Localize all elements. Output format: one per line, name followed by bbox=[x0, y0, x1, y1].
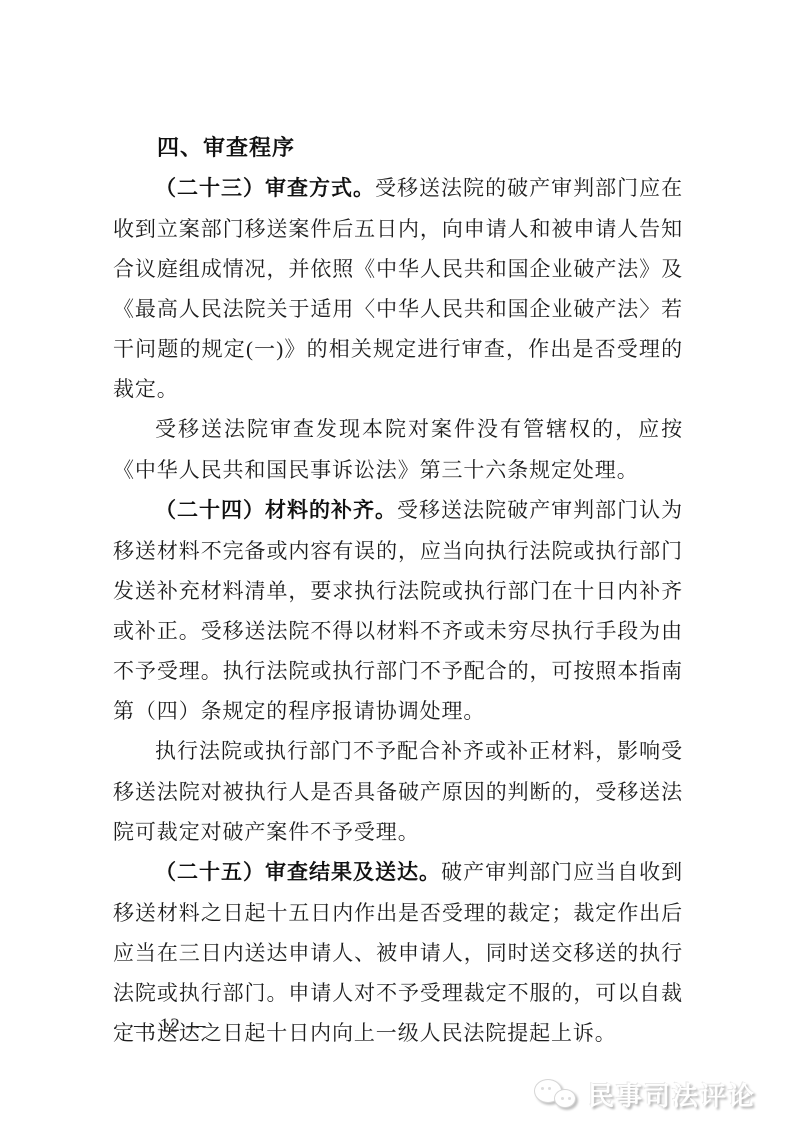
wechat-bubbles-icon bbox=[534, 1077, 578, 1113]
paragraph: 受移送法院审查发现本院对案件没有管辖权的，应按《中华人民共和国民事诉讼法》第三十… bbox=[113, 409, 683, 490]
paragraph-text: 受移送法院破产审判部门认为移送材料不完备或内容有误的，应当向执行法院或执行部门发… bbox=[113, 498, 683, 723]
document-body: 四、审查程序 （二十三）审查方式。受移送法院的破产审判部门应在收到立案部门移送案… bbox=[113, 128, 683, 1053]
speech-bubble-small bbox=[554, 1089, 576, 1108]
paragraph-text: 执行法院或执行部门不予配合补齐或补正材料，影响受移送法院对被执行人是否具备破产原… bbox=[113, 739, 683, 844]
paragraph-text: 受移送法院审查发现本院对案件没有管辖权的，应按《中华人民共和国民事诉讼法》第三十… bbox=[113, 417, 683, 482]
document-page: 四、审查程序 （二十三）审查方式。受移送法院的破产审判部门应在收到立案部门移送案… bbox=[0, 0, 794, 1123]
watermark-label: 民事司法评论 bbox=[588, 1076, 756, 1113]
paragraph-lead: （二十三）审查方式。 bbox=[155, 177, 375, 200]
paragraph-text: 受移送法院的破产审判部门应在收到立案部门移送案件后五日内，向申请人和被申请人告知… bbox=[113, 176, 683, 401]
paragraph-lead: （二十五）审查结果及送达。 bbox=[155, 861, 441, 884]
paragraph: （二十四）材料的补齐。受移送法院破产审判部门认为移送材料不完备或内容有误的，应当… bbox=[113, 490, 683, 731]
page-number: — 12 — bbox=[134, 1015, 207, 1037]
paragraph: （二十三）审查方式。受移送法院的破产审判部门应在收到立案部门移送案件后五日内，向… bbox=[113, 168, 683, 409]
watermark: 民事司法评论 bbox=[534, 1076, 756, 1113]
paragraph-lead: （二十四）材料的补齐。 bbox=[155, 499, 397, 522]
paragraph: 执行法院或执行部门不予配合补齐或补正材料，影响受移送法院对被执行人是否具备破产原… bbox=[113, 731, 683, 852]
section-heading: 四、审查程序 bbox=[113, 128, 683, 168]
